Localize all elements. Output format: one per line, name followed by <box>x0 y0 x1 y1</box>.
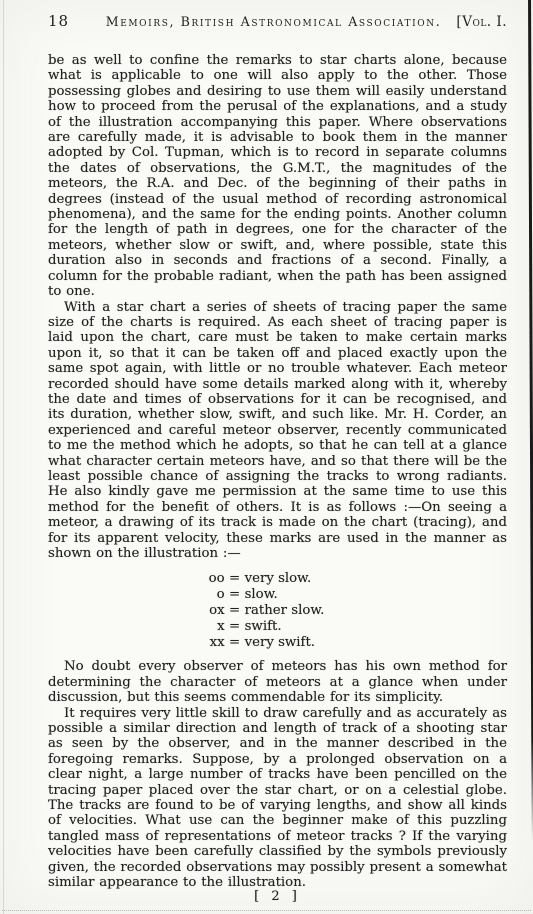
equals-sign: = <box>225 603 245 619</box>
legend-row-rather-slow: ox = rather slow. <box>199 603 325 619</box>
velocity-symbol: oo <box>199 571 225 587</box>
paragraph-tracing-paper-method: With a star chart a series of sheets of … <box>48 300 507 562</box>
velocity-meaning: very swift. <box>245 635 325 651</box>
scan-bottom-dotted-edge <box>2 910 531 911</box>
velocity-symbol: o <box>199 587 225 603</box>
legend-row-very-swift: xx = very swift. <box>199 635 325 651</box>
legend-row-swift: x = swift. <box>199 619 325 635</box>
velocity-symbol: xx <box>199 635 225 651</box>
paragraph-drawing-skill: It requires very little skill to draw ca… <box>48 706 507 891</box>
scanned-book-page: 18 Memoirs, British Astronomical Associa… <box>0 0 533 914</box>
page-number: 18 <box>48 12 106 30</box>
equals-sign: = <box>225 571 245 587</box>
paragraph-own-method: No doubt every observer of meteors has h… <box>48 659 507 705</box>
velocity-meaning: swift. <box>245 619 325 635</box>
scan-right-page-edge-line <box>528 0 533 842</box>
legend-row-slow: o = slow. <box>199 587 325 603</box>
velocity-meaning: very slow. <box>245 571 325 587</box>
velocity-symbol: ox <box>199 603 225 619</box>
equals-sign: = <box>225 635 245 651</box>
paragraph-star-charts-continuation: be as well to confine the remarks to sta… <box>48 53 507 300</box>
running-title: Memoirs, British Astronomical Associatio… <box>106 14 442 29</box>
velocity-meaning: rather slow. <box>245 603 325 619</box>
legend-row-very-slow: oo = very slow. <box>199 571 325 587</box>
page-content: 18 Memoirs, British Astronomical Associa… <box>48 12 507 891</box>
scan-left-edge-line <box>3 0 4 914</box>
equals-sign: = <box>225 619 245 635</box>
page-header: 18 Memoirs, British Astronomical Associa… <box>48 12 507 30</box>
velocity-symbol-legend: oo = very slow. o = slow. ox = rather sl… <box>199 571 325 651</box>
signature-mark: [ 2 ] <box>48 889 507 904</box>
equals-sign: = <box>225 587 245 603</box>
velocity-meaning: slow. <box>245 587 325 603</box>
velocity-symbol: x <box>199 619 225 635</box>
volume-label: [Vol. I. <box>441 14 507 30</box>
